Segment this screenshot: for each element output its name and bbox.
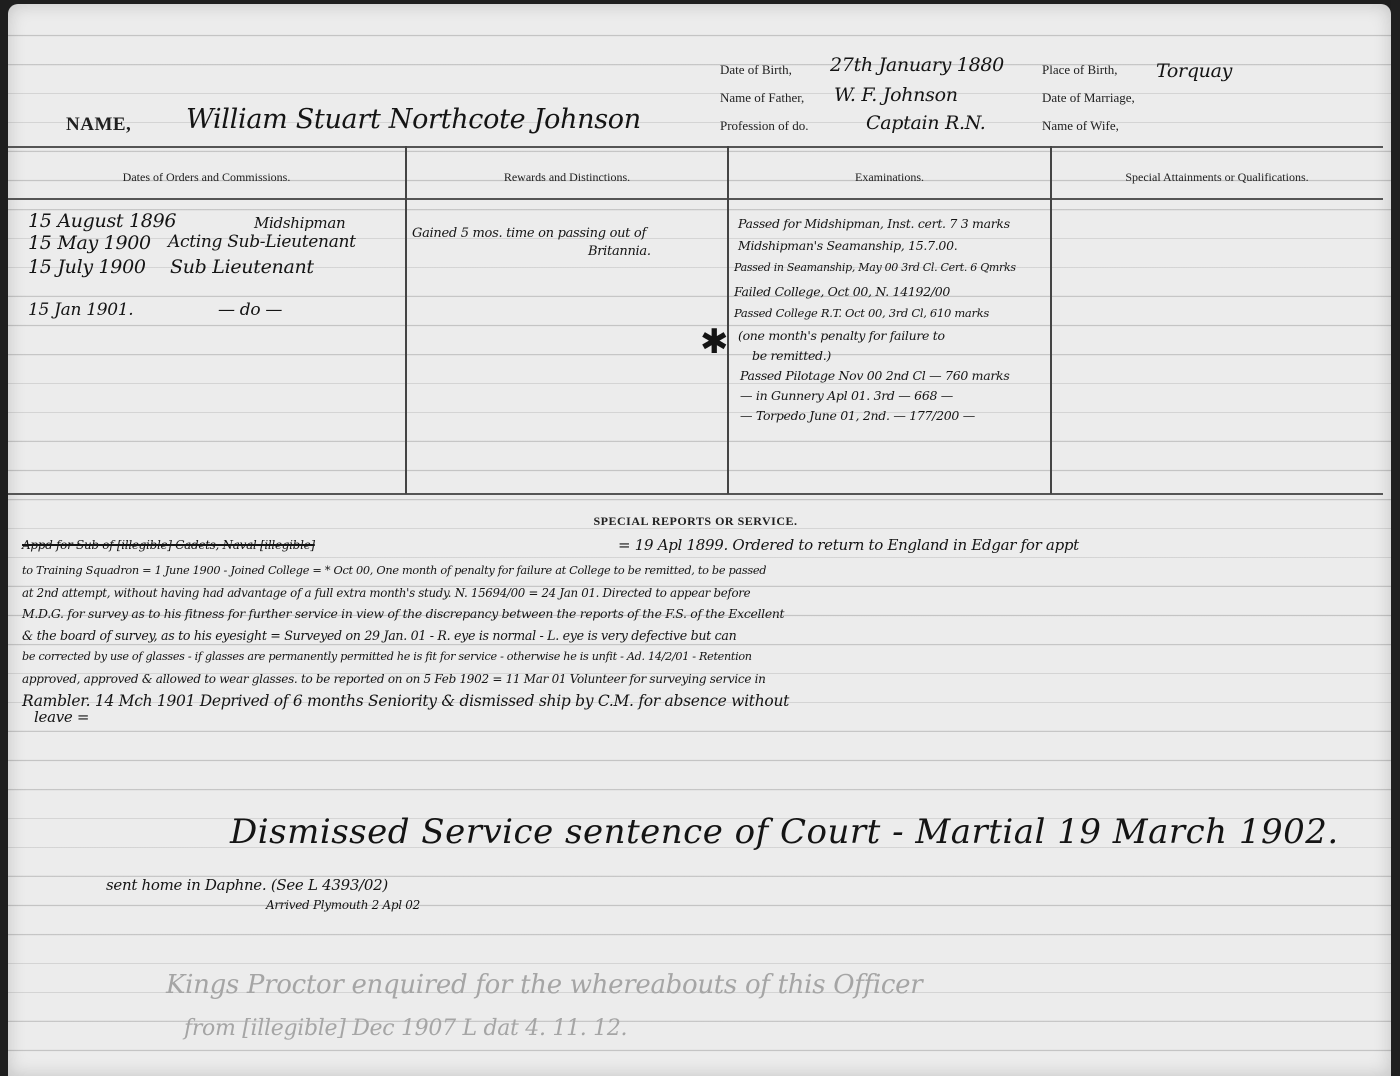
order-rank: — do — [218,300,282,320]
exam-line: Passed Pilotage Nov 00 2nd Cl — 760 mark… [740,368,1009,383]
later-enquiry-date: from [illegible] Dec 1907 L dat 4. 11. 1… [184,1016,627,1041]
place-of-birth-label: Place of Birth, [1042,62,1117,78]
table-top-rule [8,146,1383,148]
order-rank: Acting Sub-Lieutenant [168,232,356,252]
sent-home-note: sent home in Daphne. (See L 4393/02) [106,876,388,894]
report-line: = 19 Apl 1899. Ordered to return to Engl… [618,536,1079,554]
exam-line: Failed College, Oct 00, N. 14192/00 [734,284,950,299]
order-date: 15 August 1896 [28,210,176,232]
table-header-rule [8,198,1383,200]
struck-out-entry: Appd for Sub of [illegible] Cadets, Nava… [22,538,622,552]
name-of-wife-label: Name of Wife, [1042,118,1119,134]
table-bottom-rule [8,493,1383,495]
column-header-attainments: Special Attainments or Qualifications. [1052,170,1382,185]
report-line: approved, approved & allowed to wear gla… [22,672,766,686]
column-divider [405,146,407,494]
exam-line: — in Gunnery Apl 01. 3rd — 668 — [740,388,953,403]
exam-line: be remitted.) [752,348,831,363]
report-line: leave = [34,708,89,726]
exam-line: Passed College R.T. Oct 00, 3rd Cl, 610 … [734,306,989,320]
report-line: & the board of survey, as to his eyesigh… [22,628,736,643]
date-of-birth-label: Date of Birth, [720,62,792,78]
exam-line: Passed for Midshipman, Inst. cert. 7 3 m… [738,216,1010,231]
name-value: William Stuart Northcote Johnson [186,104,641,135]
asterisk-mark-icon: ✱ [700,322,728,362]
order-date: 15 Jan 1901. [28,300,133,320]
page-edge [1391,0,1400,1076]
order-date: 15 May 1900 [28,232,151,254]
date-of-birth-value: 27th January 1880 [830,54,1004,76]
order-rank: Sub Lieutenant [170,256,314,278]
dismissal-note: Dismissed Service sentence of Court - Ma… [230,812,1339,852]
name-label: NAME, [66,114,131,136]
column-header-orders: Dates of Orders and Commissions. [8,170,405,185]
column-header-examinations: Examinations. [729,170,1050,185]
column-header-rewards: Rewards and Distinctions. [407,170,727,185]
reward-line: Britannia. [588,244,651,259]
report-line: to Training Squadron = 1 June 1900 - Joi… [22,564,766,577]
exam-line: (one month's penalty for failure to [738,328,945,343]
place-of-birth-value: Torquay [1156,60,1232,82]
date-of-marriage-label: Date of Marriage, [1042,90,1135,106]
report-line: M.D.G. for survey as to his fitness for … [22,606,784,621]
later-enquiry-note: Kings Proctor enquired for the whereabou… [166,970,922,1000]
report-line: be corrected by use of glasses - if glas… [22,650,752,663]
service-record-sheet: Date of Birth, 27th January 1880 Place o… [8,4,1391,1076]
exam-line: Midshipman's Seamanship, 15.7.00. [738,238,957,253]
order-date: 15 July 1900 [28,256,146,278]
column-divider [727,146,729,494]
reward-line: Gained 5 mos. time on passing out of [412,226,646,241]
report-line: Rambler. 14 Mch 1901 Deprived of 6 month… [22,692,789,710]
name-of-father-label: Name of Father, [720,90,804,106]
special-reports-title: SPECIAL REPORTS OR SERVICE. [8,514,1383,529]
report-line: at 2nd attempt, without having had advan… [22,586,750,600]
order-rank: Midshipman [254,214,345,232]
exam-line: — Torpedo June 01, 2nd. — 177/200 — [740,408,975,423]
profession-label: Profession of do. [720,118,808,134]
arrival-note: Arrived Plymouth 2 Apl 02 [266,898,420,912]
profession-value: Captain R.N. [866,112,986,134]
column-divider [1050,146,1052,494]
name-of-father-value: W. F. Johnson [834,84,958,106]
exam-line: Passed in Seamanship, May 00 3rd Cl. Cer… [734,261,1016,274]
